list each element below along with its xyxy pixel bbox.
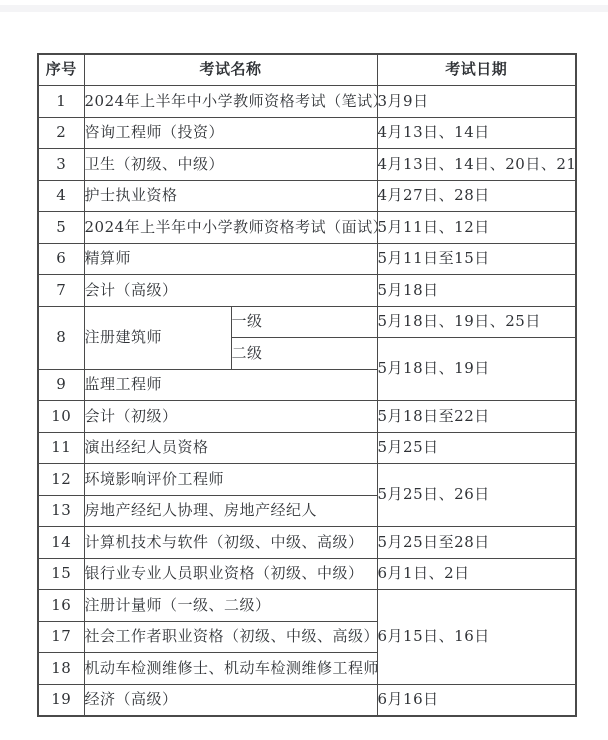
row-no: 10 [38, 401, 84, 433]
exam-name: 注册计量师（一级、二级） [84, 590, 377, 622]
row-no: 11 [38, 432, 84, 464]
table-row: 6 精算师 5月11日至15日 [38, 243, 576, 275]
exam-name: 房地产经纪人协理、房地产经纪人 [84, 495, 377, 527]
table-row: 14 计算机技术与软件（初级、中级、高级） 5月25日至28日 [38, 527, 576, 559]
table-row: 8 注册建筑师 一级 5月18日、19日、25日 [38, 306, 576, 338]
exam-name: 咨询工程师（投资） [84, 117, 377, 149]
table-row: 5 2024年上半年中小学教师资格考试（面试） 5月11日、12日 [38, 212, 576, 244]
row-no: 18 [38, 653, 84, 685]
exam-name: 精算师 [84, 243, 377, 275]
exam-name: 经济（高级） [84, 684, 377, 716]
row-no: 15 [38, 558, 84, 590]
exam-name: 环境影响评价工程师 [84, 464, 377, 496]
exam-date: 5月25日、26日 [377, 464, 576, 527]
table-row: 12 环境影响评价工程师 5月25日、26日 [38, 464, 576, 496]
exam-date: 5月18日、19日 [377, 338, 576, 401]
exam-date: 5月25日至28日 [377, 527, 576, 559]
exam-date: 3月9日 [377, 86, 576, 118]
exam-date: 5月11日、12日 [377, 212, 576, 244]
table-row: 1 2024年上半年中小学教师资格考试（笔试） 3月9日 [38, 86, 576, 118]
table-row: 11 演出经纪人员资格 5月25日 [38, 432, 576, 464]
header-col-date: 考试日期 [377, 54, 576, 86]
exam-date: 6月15日、16日 [377, 590, 576, 685]
row-no: 6 [38, 243, 84, 275]
table-row: 7 会计（高级） 5月18日 [38, 275, 576, 307]
table-row: 16 注册计量师（一级、二级） 6月15日、16日 [38, 590, 576, 622]
row-no: 7 [38, 275, 84, 307]
row-no: 5 [38, 212, 84, 244]
exam-name: 会计（高级） [84, 275, 377, 307]
table-row: 2 咨询工程师（投资） 4月13日、14日 [38, 117, 576, 149]
exam-name: 卫生（初级、中级） [84, 149, 377, 181]
exam-name: 会计（初级） [84, 401, 377, 433]
exam-schedule-table: 序号 考试名称 考试日期 1 2024年上半年中小学教师资格考试（笔试） 3月9… [37, 53, 577, 717]
exam-name: 2024年上半年中小学教师资格考试（笔试） [84, 86, 377, 118]
table-row: 4 护士执业资格 4月27日、28日 [38, 180, 576, 212]
exam-sublevel: 二级 [231, 338, 377, 370]
exam-name: 护士执业资格 [84, 180, 377, 212]
document-page: 序号 考试名称 考试日期 1 2024年上半年中小学教师资格考试（笔试） 3月9… [0, 0, 608, 740]
row-no: 13 [38, 495, 84, 527]
row-no: 2 [38, 117, 84, 149]
exam-name: 演出经纪人员资格 [84, 432, 377, 464]
exam-date: 5月18日 [377, 275, 576, 307]
header-col-name: 考试名称 [84, 54, 377, 86]
row-no: 17 [38, 621, 84, 653]
table-row: 19 经济（高级） 6月16日 [38, 684, 576, 716]
row-no: 16 [38, 590, 84, 622]
exam-date: 5月18日至22日 [377, 401, 576, 433]
row-no: 14 [38, 527, 84, 559]
header-col-no: 序号 [38, 54, 84, 86]
exam-name: 监理工程师 [84, 369, 377, 401]
exam-name: 社会工作者职业资格（初级、中级、高级） [84, 621, 377, 653]
exam-name: 计算机技术与软件（初级、中级、高级） [84, 527, 377, 559]
table-row: 3 卫生（初级、中级） 4月13日、14日、20日、21日 [38, 149, 576, 181]
exam-name: 银行业专业人员职业资格（初级、中级） [84, 558, 377, 590]
row-no: 3 [38, 149, 84, 181]
exam-date: 4月13日、14日 [377, 117, 576, 149]
exam-name: 2024年上半年中小学教师资格考试（面试） [84, 212, 377, 244]
exam-name: 注册建筑师 [84, 306, 231, 369]
table-row: 10 会计（初级） 5月18日至22日 [38, 401, 576, 433]
table-row: 15 银行业专业人员职业资格（初级、中级） 6月1日、2日 [38, 558, 576, 590]
exam-date: 5月11日至15日 [377, 243, 576, 275]
exam-name: 机动车检测维修士、机动车检测维修工程师 [84, 653, 377, 685]
row-no: 12 [38, 464, 84, 496]
row-no: 4 [38, 180, 84, 212]
exam-date: 4月27日、28日 [377, 180, 576, 212]
exam-date: 4月13日、14日、20日、21日 [377, 149, 576, 181]
exam-date: 6月16日 [377, 684, 576, 716]
table-header-row: 序号 考试名称 考试日期 [38, 54, 576, 86]
exam-date: 5月25日 [377, 432, 576, 464]
exam-date: 5月18日、19日、25日 [377, 306, 576, 338]
row-no: 1 [38, 86, 84, 118]
exam-sublevel: 一级 [231, 306, 377, 338]
page-edge-strip [0, 5, 608, 12]
exam-date: 6月1日、2日 [377, 558, 576, 590]
row-no: 19 [38, 684, 84, 716]
row-no: 9 [38, 369, 84, 401]
row-no: 8 [38, 306, 84, 369]
